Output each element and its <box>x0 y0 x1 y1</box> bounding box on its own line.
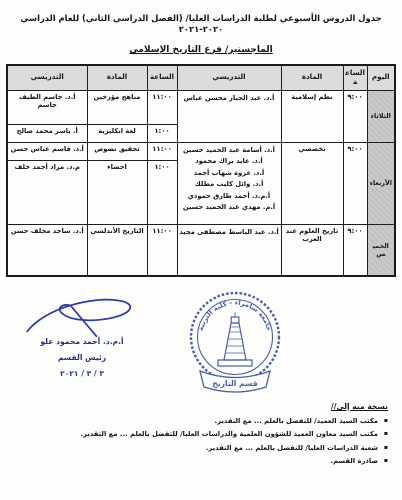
subject-cell: مناهج مؤرخين <box>87 90 147 124</box>
col-header-teacher-right: التدريسي <box>177 65 281 91</box>
col-header-subject-left: المادة <box>87 65 147 91</box>
approver-role: رئيس القسم <box>8 353 156 362</box>
time-cell: ١١:٠٠ <box>147 90 177 124</box>
time-cell: ٩:٠٠ <box>343 224 367 276</box>
teacher-name: أ.د. عبد الباسط مصطفى مجيد <box>179 227 280 237</box>
teacher-name: أ.م.د. أحمد طارق حمودي <box>179 191 280 203</box>
distribution-heading: نسخة منه إلى// <box>12 402 388 411</box>
stamp-bottom-text: قسم التاريخ <box>212 379 257 388</box>
approval-date: ٣ / ٣ / ٢٠٢١ <box>8 369 156 378</box>
day-cell-thursday: الخميس <box>367 224 395 276</box>
time-cell: ١١:٠٠ <box>147 142 177 160</box>
time-cell: ٩:٠٠ <box>343 142 367 224</box>
table-row: الخميس ٩:٠٠ تاريخ العلوم عند العرب أ.د. … <box>7 224 395 276</box>
list-item: شعبة الدراسات العليا/ للتفضل بالعلم ... … <box>12 442 388 455</box>
col-header-subject-right: المادة <box>281 65 343 91</box>
day-cell-wednesday: الأربعاء <box>367 142 395 224</box>
col-header-day: اليوم <box>367 65 395 91</box>
col-header-teacher-left: التدريسي <box>7 65 87 91</box>
subject-cell: احصاء <box>87 160 147 224</box>
time-cell: ١١:٠٠ <box>147 224 177 276</box>
teacher-cell: م.د. مراد أحمد خلف <box>7 160 87 224</box>
minaret-icon <box>218 313 252 367</box>
document-title: جدول الدروس الأسبوعي لطلبة الدراسات العل… <box>0 0 402 36</box>
day-cell-tuesday: الثلاثاء <box>367 90 395 142</box>
subject-cell: نظم إسلامية <box>281 90 343 142</box>
teacher-name: أ.د. وائل كليب مطلك <box>179 179 280 191</box>
subject-cell: تخصصي <box>281 142 343 224</box>
time-cell: ٩:٠٠ <box>343 90 367 142</box>
subject-cell: تحقيق نصوص <box>87 142 147 160</box>
header-row: اليوم الساعة المادة التدريسي الساعة الما… <box>7 65 395 91</box>
list-item: مكتب السيد العميد/ للتفضل بالعلم ... مع … <box>12 415 388 428</box>
teacher-cell: أ.د. عبد الباسط مصطفى مجيد <box>177 224 281 276</box>
teacher-name: أ.د. عبد الجبار محسن عباس <box>179 93 280 103</box>
teacher-cell: أ.د. عبد الجبار محسن عباس <box>177 90 281 142</box>
col-header-hour-right: الساعة <box>343 65 367 91</box>
approval-signature-block: أ.م.د. أحمد محمود علو رئيس القسم ٣ / ٣ /… <box>8 293 156 378</box>
subject-cell: تاريخ العلوم عند العرب <box>281 224 343 276</box>
subject-cell: التاريخ الأندلسي <box>87 224 147 276</box>
subject-cell: لغة انكليزية <box>87 124 147 142</box>
approver-name: أ.م.د. أحمد محمود علو <box>8 337 156 346</box>
document-subtitle: الماجستير/ فرع التاريخ الإسلامي <box>0 45 402 55</box>
list-item: صادرة القسم. <box>12 455 388 468</box>
teacher-cell: أ. ياسر محمد صالح <box>7 124 87 142</box>
department-stamp-icon: جامعة سامراء - كلية التربية قسم التاريخ <box>182 287 288 399</box>
scanned-schedule-document: جدول الدروس الأسبوعي لطلبة الدراسات العل… <box>0 0 402 500</box>
teacher-cell: أ.د. قاسم عباس حسن <box>7 142 87 160</box>
teacher-name: أ.د. أسامة عبد الحميد حسين <box>179 145 280 157</box>
list-item: مكتب السيد معاون العميد للشؤون العلمية و… <box>12 428 388 441</box>
teacher-list-cell: أ.د. أسامة عبد الحميد حسين أ.د. عايد برا… <box>177 142 281 224</box>
teacher-name: أ.م. مهدي عبد الحميد حسين <box>179 202 280 214</box>
time-cell: ١:٠٠ <box>147 160 177 224</box>
table-row: الثلاثاء ٩:٠٠ نظم إسلامية أ.د. عبد الجبا… <box>7 90 395 124</box>
weekly-schedule-table: اليوم الساعة المادة التدريسي الساعة الما… <box>6 64 396 278</box>
distribution-list: نسخة منه إلى// مكتب السيد العميد/ للتفضل… <box>12 402 388 468</box>
handwritten-signature-icon <box>19 293 145 341</box>
teacher-cell: أ.د. جاسم الطيف جاسم <box>7 90 87 124</box>
time-cell: ١:٠٠ <box>147 124 177 142</box>
table-row: الأربعاء ٩:٠٠ تخصصي أ.د. أسامة عبد الحمي… <box>7 142 395 160</box>
col-header-hour-left: الساعة <box>147 65 177 91</box>
teacher-cell: أ.د. ساجد مخلف حسن <box>7 224 87 276</box>
teacher-name: أ.د. غزوة شهاب أحمد <box>179 168 280 180</box>
teacher-name: أ.د. عايد براك محمود <box>179 156 280 168</box>
